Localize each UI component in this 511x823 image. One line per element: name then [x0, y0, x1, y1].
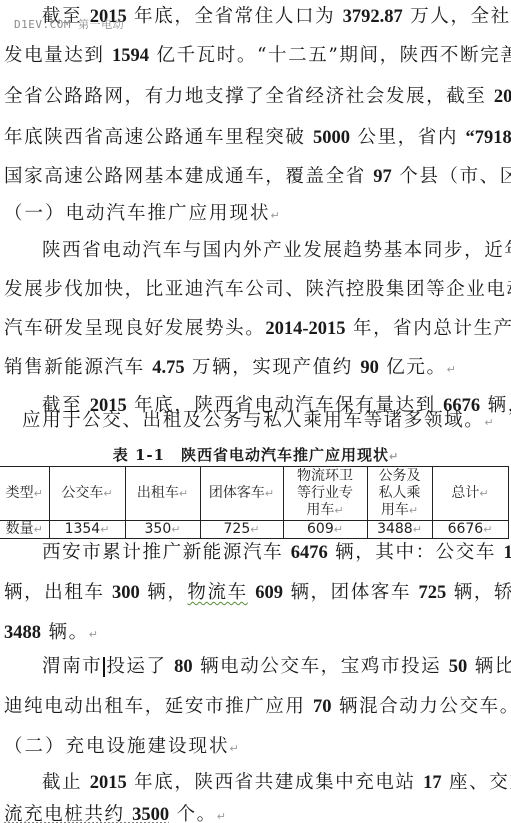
number: 725: [419, 583, 447, 603]
number: 3488: [4, 623, 41, 643]
number: 2014-2015: [265, 319, 345, 339]
number: 3500: [132, 805, 169, 823]
number: 70: [313, 697, 332, 717]
paragraph-mark-icon: ↵: [271, 209, 280, 222]
text: 亿千瓦时。“十二五”期间，陕西不断完善: [149, 45, 511, 66]
number: 3792.87: [343, 7, 403, 27]
number: 5000: [313, 128, 350, 148]
cell-bus: 1354↵: [49, 521, 125, 539]
paragraph-4-line-2: 辆，出租车 300 辆，物流车 609 辆，团体客车 725 辆，轿车: [4, 582, 504, 604]
number: 2015: [90, 773, 127, 793]
ev-adoption-table: 类型↵ 公交车↵ 出租车↵ 团体客车↵ 物流环卫等行业专用车↵ 公务及私人乘用车…: [0, 466, 509, 539]
paragraph-4-line-1: 西安市累计推广新能源汽车 6476 辆，其中：公交车 1354: [42, 542, 511, 564]
text: 公里，省内: [350, 127, 465, 148]
text: 发电量达到: [4, 45, 112, 66]
paragraph-6-line-1: 截止 2015 年底，陕西省共建成集中充电站 17 座、交直: [42, 772, 511, 794]
number: 609: [255, 583, 283, 603]
paragraph-mark-icon: ↵: [230, 742, 239, 755]
spellcheck-flagged-text: 物流车: [187, 582, 247, 603]
paragraph-4-line-3: 3488 辆。↵: [4, 622, 504, 646]
text: 年底，陕西省共建成集中充电站: [127, 772, 423, 793]
number: 1354: [503, 543, 511, 563]
text: 全省公路路网，有力地支撑了全省经济社会发展，截至: [4, 86, 494, 107]
text: 年底，全省常住人口为: [127, 6, 343, 27]
cell-official-private: 3488↵: [367, 521, 432, 539]
number: 17: [423, 773, 442, 793]
paragraph-mark-icon: ↵: [447, 363, 456, 376]
header-cell-official-private: 公务及私人乘用车↵: [367, 467, 432, 521]
paragraph-mark-icon: ↵: [389, 450, 398, 463]
paragraph-3-line-2: 应用于公交、出租及公务与私人乘用车等诸多领域。↵: [22, 410, 511, 434]
header-cell-bus: 公交车↵: [49, 467, 125, 521]
watermark: D1EV.COM 第一电动: [14, 16, 124, 32]
header-cell-type: 类型↵: [0, 467, 49, 521]
cell-group-coach: 725↵: [200, 521, 283, 539]
text: 截止: [42, 772, 90, 793]
text: 国家高速公路网基本建成通车，覆盖全省: [4, 166, 373, 187]
header-cell-taxi: 出租车↵: [125, 467, 200, 521]
number: 1594: [112, 46, 149, 66]
text-cursor: [103, 657, 105, 677]
text: 辆比亚: [467, 656, 511, 677]
text: 渭南市: [42, 656, 102, 677]
paragraph-5-line-1[interactable]: 渭南市投运了 80 辆电动公交车，宝鸡市投运 50 辆比亚: [42, 656, 511, 678]
cell-taxi: 350↵: [125, 521, 200, 539]
header-cell-group-coach: 团体客车↵: [200, 467, 283, 521]
text: 辆，轿车: [446, 582, 511, 603]
text: 西安市累计推广新能源汽车: [42, 542, 291, 563]
text: 销售新能源汽车: [4, 357, 152, 378]
text: 迪纯电动出租车，延安市推广应用: [4, 696, 313, 717]
paragraph-5-line-2: 迪纯电动出租车，延安市推广应用 70 辆混合动力公交车。↵: [4, 696, 504, 720]
text: 流充电桩共约: [4, 804, 132, 823]
text: 辆。: [41, 622, 89, 643]
number: 80: [174, 657, 193, 677]
cell-logistics: 609↵: [283, 521, 367, 539]
paragraph-1-line-2: 发电量达到 1594 亿千瓦时。“十二五”期间，陕西不断完善: [4, 45, 504, 67]
text: 汽车研发呈现良好发展势头。: [4, 318, 265, 339]
text: 应用于公交、出租及公务与私人乘用车等诸多领域。: [22, 410, 484, 431]
number: 50: [449, 657, 468, 677]
text: 辆混合动力公交车。: [331, 696, 511, 717]
paragraph-2-line-2: 发展步伐加快，比亚迪汽车公司、陕汽控股集团等企业电动: [4, 279, 504, 301]
text: 投运了: [106, 656, 174, 677]
text: 年，省内总计生产: [345, 318, 511, 339]
text: 辆电动公交车，宝鸡市投运: [193, 656, 449, 677]
paragraph-1-line-5: 国家高速公路网基本建成通车，覆盖全省 97 个县（市、区）。↵: [4, 166, 504, 190]
text: 辆，: [140, 582, 188, 603]
text: 个县（市、区）。: [392, 166, 511, 187]
paragraph-2-line-4: 销售新能源汽车 4.75 万辆，实现产值约 90 亿元。↵: [4, 357, 504, 381]
section-heading-1: （一）电动汽车推广应用现状↵: [4, 203, 504, 227]
header-cell-logistics: 物流环卫等行业专用车↵: [283, 467, 367, 521]
heading-text: （二）充电设施建设现状: [4, 736, 230, 757]
number: 6476: [291, 543, 328, 563]
paragraph-1-line-3: 全省公路路网，有力地支撑了全省经济社会发展，截至 2015: [4, 86, 504, 108]
header-cell-total: 总计↵: [432, 467, 508, 521]
text: 年底陕西省高速公路通车里程突破: [4, 127, 313, 148]
paragraph-2-line-3: 汽车研发呈现良好发展势头。2014-2015 年，省内总计生产: [4, 318, 504, 340]
paragraph-2-line-1: 陕西省电动汽车与国内外产业发展趋势基本同步，近年: [42, 240, 511, 262]
number: “7918”: [465, 128, 511, 148]
cell-total: 6676↵: [432, 521, 508, 539]
number: 2015: [494, 87, 511, 107]
text: 个。: [169, 804, 217, 823]
number: 90: [360, 358, 379, 378]
number: 97: [373, 167, 392, 187]
text: 陕西省电动汽车与国内外产业发展趋势基本同步，近年: [42, 240, 511, 261]
heading-text: （一）电动汽车推广应用现状: [4, 203, 271, 224]
section-heading-2: （二）充电设施建设现状↵: [4, 736, 504, 760]
text: 万人，全社会: [403, 6, 511, 27]
paragraph-mark-icon: ↵: [217, 810, 226, 823]
number: 4.75: [152, 358, 184, 378]
text: 辆，出租车: [4, 582, 112, 603]
paragraph-mark-icon: ↵: [484, 416, 493, 429]
text: 万辆，实现产值约: [185, 357, 361, 378]
table-row: 数量↵ 1354↵ 350↵ 725↵ 609↵ 3488↵ 6676↵: [0, 521, 508, 539]
caption-text: 表 1-1 陕西省电动汽车推广应用现状: [113, 446, 389, 464]
table-caption: 表 1-1 陕西省电动汽车推广应用现状↵: [0, 446, 511, 466]
row-label-quantity: 数量↵: [0, 521, 49, 539]
text: 辆，其中：公交车: [328, 542, 504, 563]
paragraph-1-line-4: 年底陕西省高速公路通车里程突破 5000 公里，省内 “7918”: [4, 127, 504, 149]
text: 亿元。: [379, 357, 447, 378]
text: 发展步伐加快，比亚迪汽车公司、陕汽控股集团等企业电动: [4, 279, 511, 300]
number: 300: [112, 583, 140, 603]
text: 座、交直: [442, 772, 511, 793]
paragraph-mark-icon: ↵: [89, 628, 98, 641]
text: 辆，团体客车: [283, 582, 419, 603]
table-header-row: 类型↵ 公交车↵ 出租车↵ 团体客车↵ 物流环卫等行业专用车↵ 公务及私人乘用车…: [0, 467, 508, 521]
paragraph-6-line-2: 流充电桩共约 3500 个。↵: [4, 804, 504, 823]
